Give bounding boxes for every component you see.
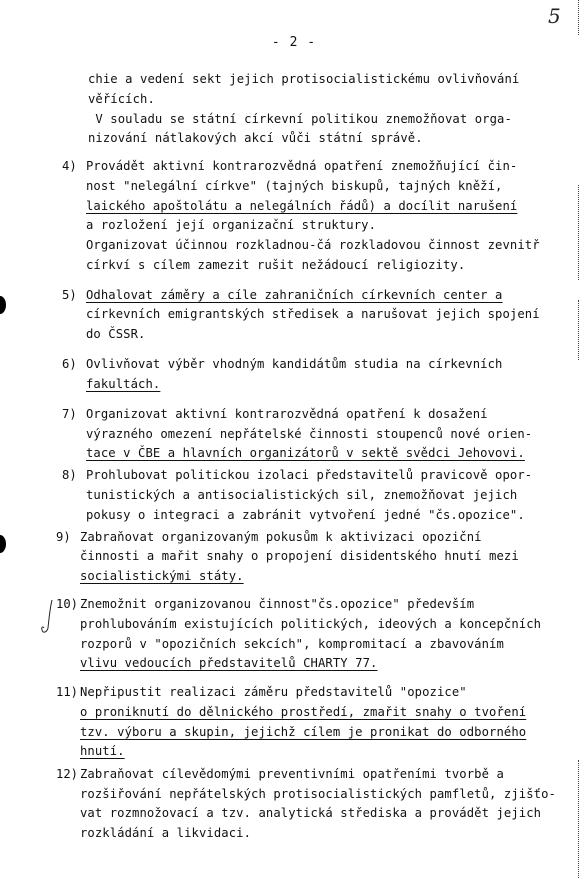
item-line: církví s cílem zamezit rušit nežádoucí r… bbox=[86, 258, 465, 272]
item-number: 9) bbox=[56, 530, 71, 544]
margin-mark bbox=[578, 185, 579, 280]
margin-mark bbox=[578, 0, 579, 35]
item-line: tunistických a antisocialistických sil, … bbox=[86, 488, 517, 502]
intro-line: chie a vedení sekt jejich protisocialist… bbox=[88, 72, 519, 86]
item-line: Organizovat účinnou rozkladnou-čá rozkla… bbox=[86, 238, 540, 252]
item-number: 8) bbox=[62, 468, 77, 482]
item-line: rozšiřování nepřátelských protisocialist… bbox=[80, 787, 556, 801]
item-line: vlivu vedoucích představitelů CHARTY 77. bbox=[80, 656, 378, 670]
item-number: 10) bbox=[56, 597, 78, 611]
item-line: Prohlubovat politickou izolaci představi… bbox=[86, 468, 532, 482]
punch-hole-icon bbox=[0, 296, 6, 314]
item-line: výrazného omezení nepřátelské činnosti s… bbox=[86, 427, 532, 441]
item-line: tzv. výboru a skupin, jejichž cílem je p… bbox=[80, 725, 526, 739]
item-line: tace v ČBE a hlavních organizátorů v sek… bbox=[86, 446, 525, 460]
punch-hole-icon bbox=[0, 535, 6, 553]
page-number: - 2 - bbox=[0, 35, 588, 50]
item-line: socialistickými státy. bbox=[80, 569, 244, 583]
handwritten-check-icon bbox=[40, 598, 56, 638]
item-line: a rozložení její organizační struktury. bbox=[86, 218, 376, 232]
item-line: církevních emigrantských středisek a nar… bbox=[86, 307, 540, 321]
item-line: Organizovat aktivní kontrarozvědná opatř… bbox=[86, 407, 488, 421]
margin-mark bbox=[578, 300, 579, 360]
item-line: prohlubováním existujících politických, … bbox=[80, 617, 541, 631]
item-line: hnutí. bbox=[80, 744, 125, 758]
item-line: Znemožnit organizovanou činnost"čs.opozi… bbox=[80, 597, 474, 611]
item-line: Zabraňovat cílevědomými preventivními op… bbox=[80, 767, 504, 781]
item-number: 7) bbox=[62, 407, 77, 421]
intro-line: nizování nátlakových akcí vůči státní sp… bbox=[88, 131, 423, 145]
item-line: o proniknutí do dělnického prostředí, zm… bbox=[80, 705, 526, 719]
item-line: pokusy o integraci a zabránit vytvoření … bbox=[86, 508, 525, 522]
item-line: do ČSSR. bbox=[86, 327, 146, 341]
item-line: laického apoštolátu a nelegálních řádů) … bbox=[86, 199, 517, 213]
item-line: rozkládání a likvidaci. bbox=[80, 826, 251, 840]
item-number: 5) bbox=[62, 288, 77, 302]
item-line: Provádět aktivní kontrarozvědná opatření… bbox=[86, 159, 517, 173]
item-line: činnosti a mařit snahy o propojení disid… bbox=[80, 549, 519, 563]
item-line: Ovlivňovat výběr vhodným kandidátům stud… bbox=[86, 357, 503, 371]
item-line: Zabraňovat organizovaným pokusům k aktiv… bbox=[80, 530, 482, 544]
handwritten-page-number: 5 bbox=[548, 4, 561, 28]
item-line: nost "nelegální církve" (tajných biskupů… bbox=[86, 179, 503, 193]
item-line: vat rozmnožovací a tzv. analytická střed… bbox=[80, 806, 541, 820]
item-number: 4) bbox=[62, 159, 77, 173]
intro-line: věřících. bbox=[88, 92, 155, 106]
item-line: rozporů v "opozičních sekcích", kompromi… bbox=[80, 637, 504, 651]
item-line: Nepřipustit realizaci záměru představite… bbox=[80, 685, 467, 699]
item-line: Odhalovat záměry a cíle zahraničních cír… bbox=[86, 288, 503, 302]
margin-mark bbox=[578, 760, 579, 879]
item-line: fakultách. bbox=[86, 377, 160, 391]
item-number: 6) bbox=[62, 357, 77, 371]
intro-line: V souladu se státní církevní politikou z… bbox=[88, 112, 512, 126]
item-number: 12) bbox=[56, 767, 78, 781]
item-number: 11) bbox=[56, 685, 78, 699]
